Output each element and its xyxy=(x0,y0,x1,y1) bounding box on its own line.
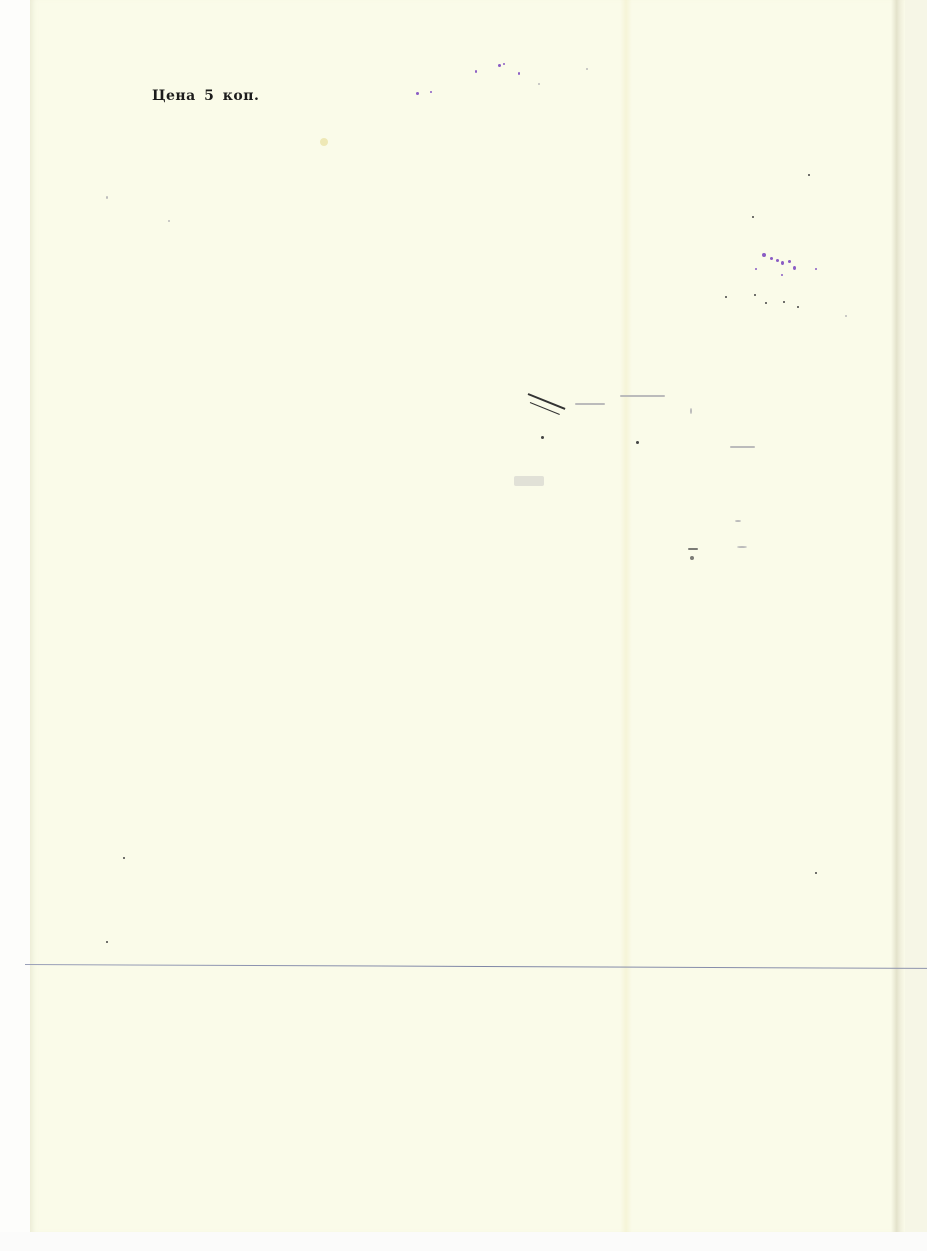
scan-margin-bottom xyxy=(0,1232,927,1251)
price-label: Цена 5 коп. xyxy=(152,88,259,104)
page-edge-shadow xyxy=(891,0,905,1232)
scan-margin-left xyxy=(0,0,30,1251)
scan-margin-right xyxy=(905,0,927,1232)
document-page xyxy=(30,0,927,1232)
